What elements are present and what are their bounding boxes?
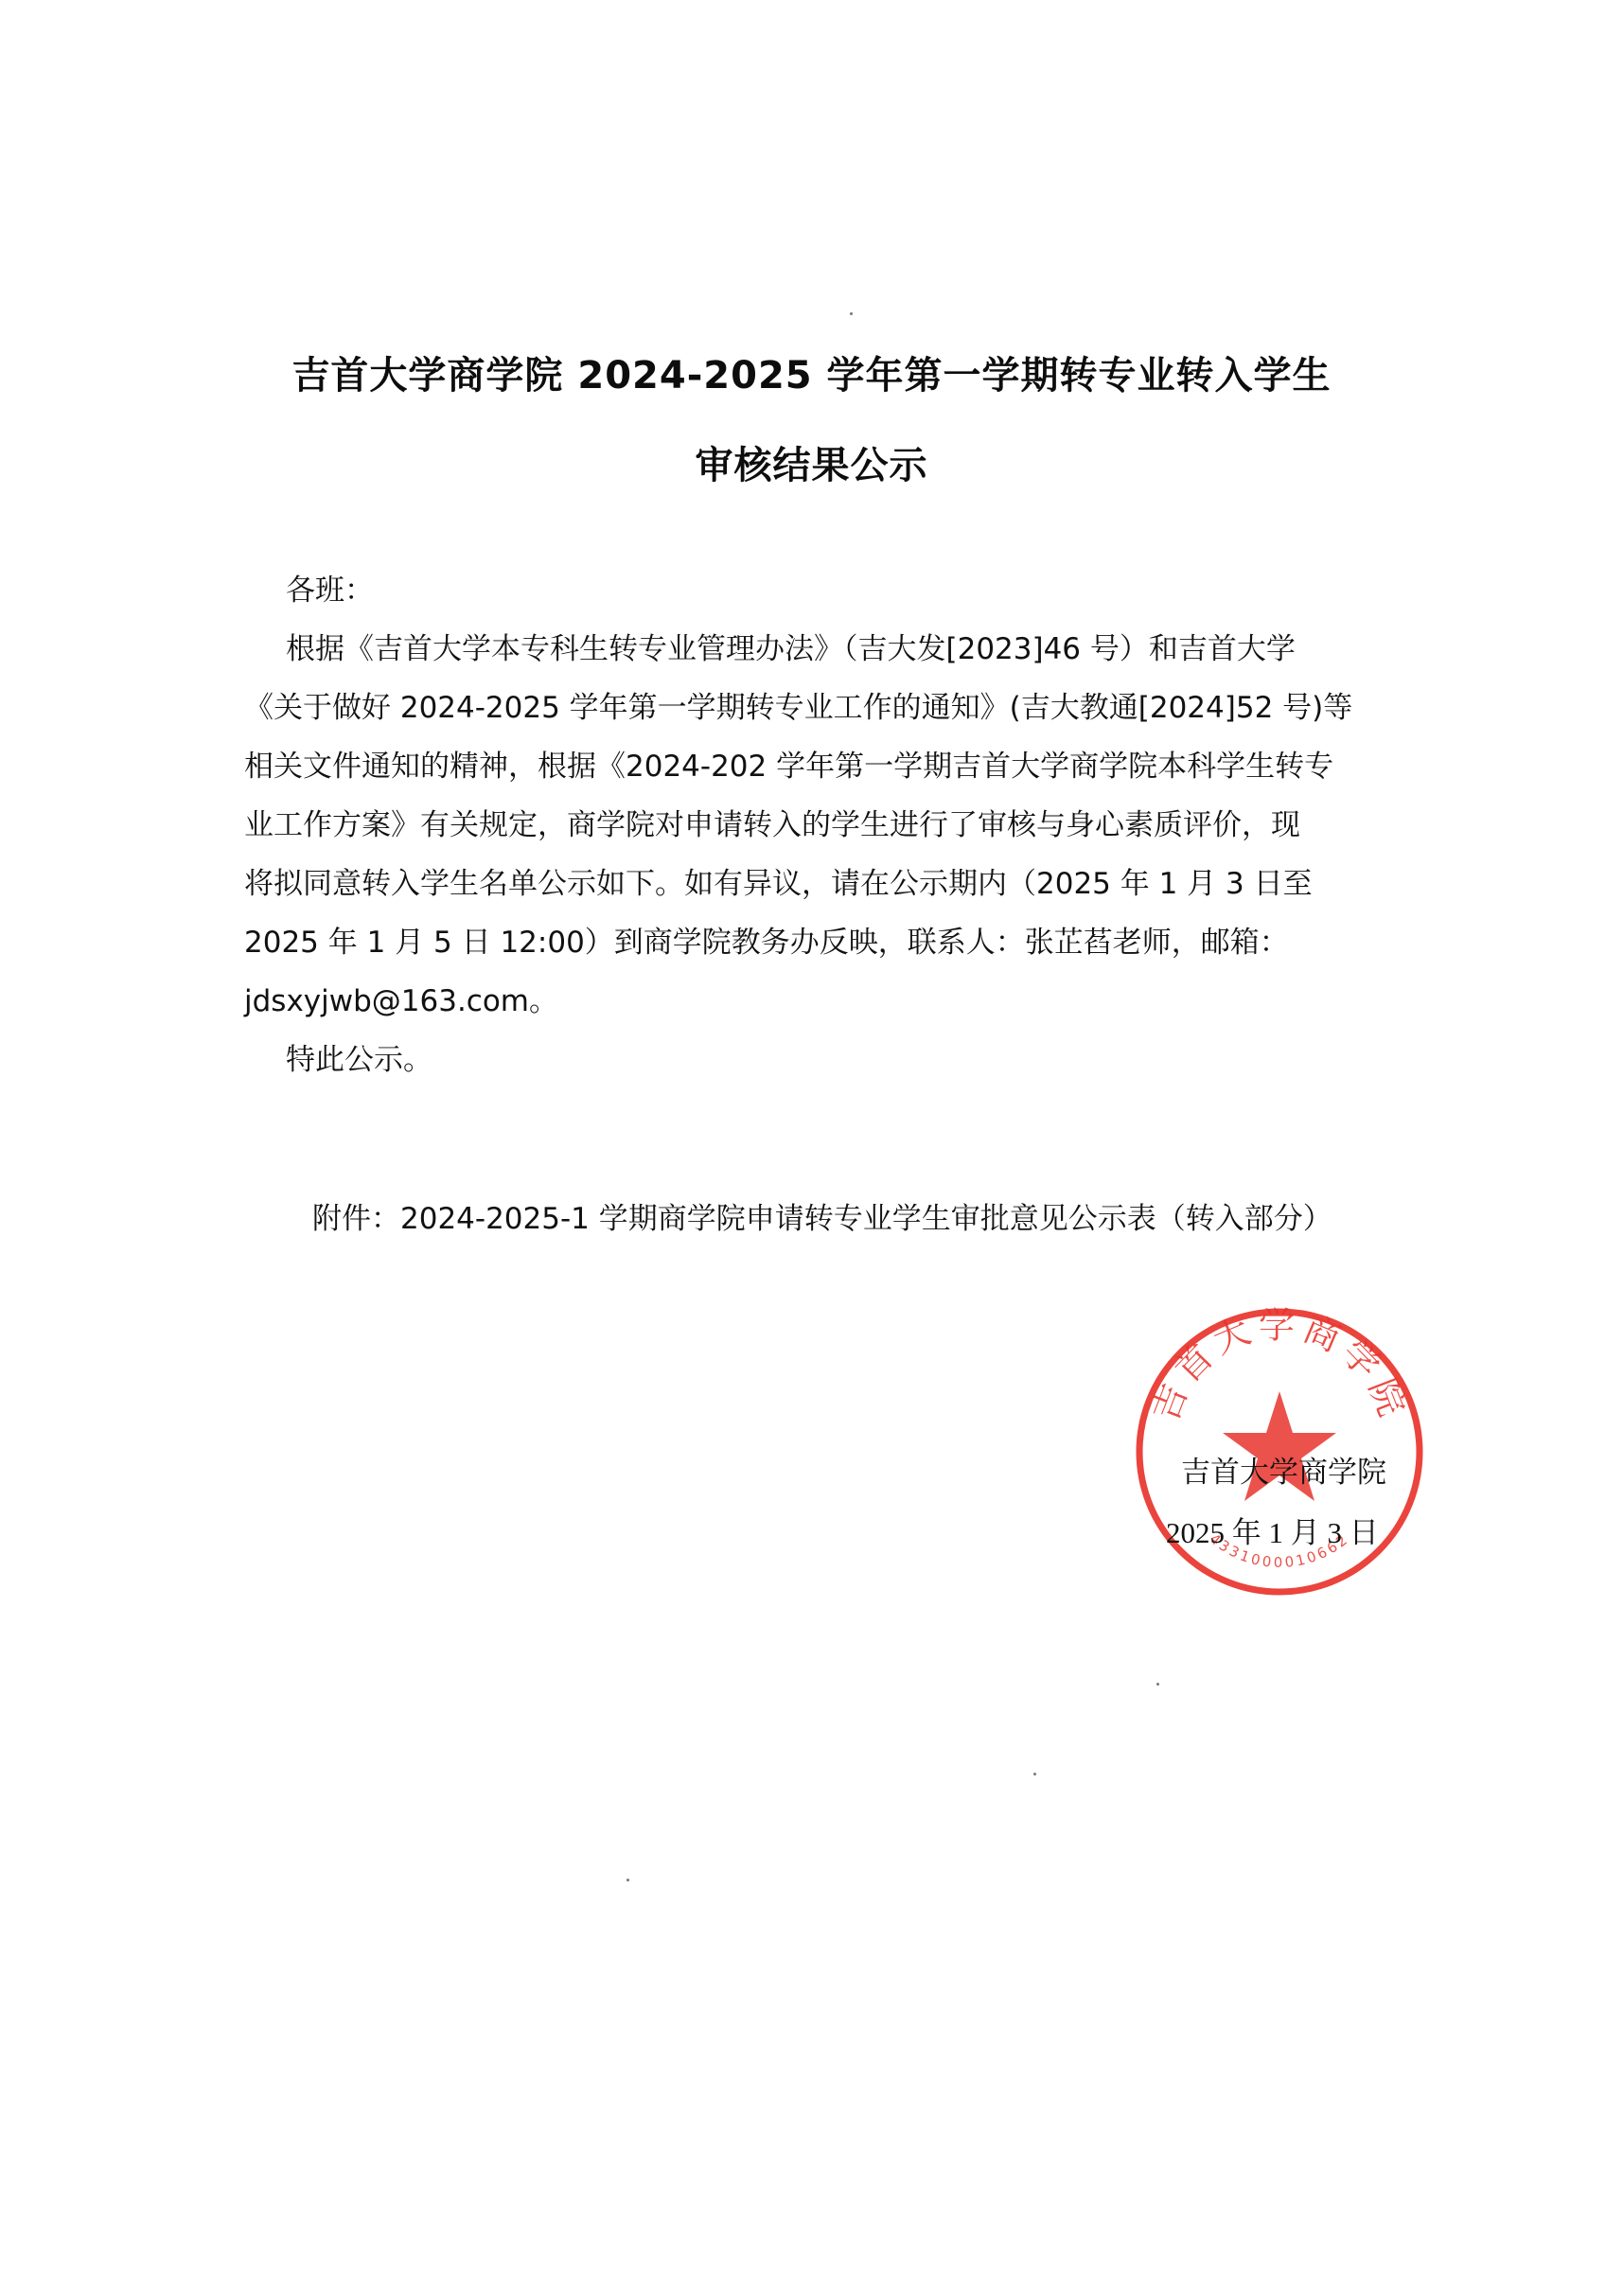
body-line-5: 将拟同意转入学生名单公示如下。如有异议，请在公示期内（2025 年 1 月 3 … [244,859,1380,902]
body-line-2: 《关于做好 2024-2025 学年第一学期转专业工作的通知》(吉大教通[202… [244,683,1380,726]
body-line-4: 业工作方案》有关规定，商学院对申请转入的学生进行了审核与身心素质评价，现 [244,801,1380,843]
scan-speck [850,312,853,315]
scan-speck [1156,1683,1159,1686]
document-title-line2: 审核结果公示 [0,435,1623,489]
scan-speck [626,1879,629,1881]
attachment-note: 附件：2024-2025-1 学期商学院申请转专业学生审批意见公示表（转入部分） [312,1194,1448,1237]
signature-date: 2025 年 1 月 3 日 [1166,1509,1379,1551]
salutation: 各班： [286,566,1421,609]
scan-speck [1033,1773,1036,1775]
document-title-line1: 吉首大学商学院 2024-2025 学年第一学期转专业转入学生 [0,345,1623,399]
closing-text: 特此公示。 [286,1035,1421,1078]
body-line-1: 根据《吉首大学本专科生转专业管理办法》（吉大发[2023]46 号）和吉首大学 [286,625,1421,667]
body-line-3: 相关文件通知的精神，根据《2024-202 学年第一学期吉首大学商学院本科学生转… [244,742,1380,785]
body-line-7-email: jdsxyjwb@163.com。 [244,977,1380,1019]
signature-org: 吉首大学商学院 [1181,1448,1386,1491]
body-line-6: 2025 年 1 月 5 日 12:00）到商学院教务办反映，联系人：张芷萏老师… [244,918,1380,961]
